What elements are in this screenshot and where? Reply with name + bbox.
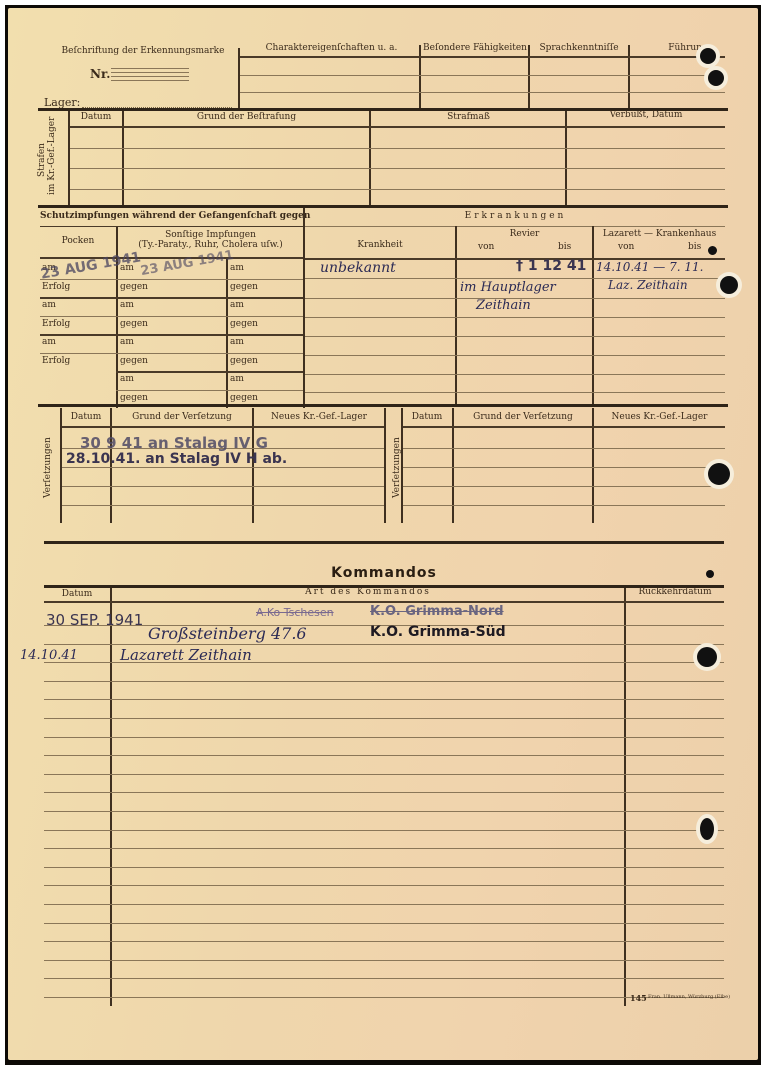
punch-hole <box>706 570 714 578</box>
impfungen-cell: gegen <box>230 319 258 329</box>
impfungen-cell: am <box>230 263 244 273</box>
revier-von-label: von <box>478 242 494 252</box>
erkrankungen-col-revier: Revier <box>457 229 592 239</box>
kommandos-col-datum: Datum <box>44 589 110 599</box>
versetzungen-left-col-datum: Datum <box>62 412 110 422</box>
form-number: 145 <box>630 993 647 1003</box>
impfungen-title: Schutzimpfungen während der Gefangenſcha… <box>40 211 302 221</box>
impfungen-cell: am <box>120 374 134 384</box>
impfungen-col-sonstige: Sonſtige Impfungen(Ty.-Paraty., Ruhr, Ch… <box>118 230 303 250</box>
strafen-col-grund: Grund der Beſtrafung <box>124 112 369 122</box>
strafen-side-label: Strafenim Kr.-Gef.-Lager <box>37 125 57 195</box>
impfungen-cell: am <box>230 337 244 347</box>
krankheit-entry: unbekannt <box>320 260 396 276</box>
kommando-row1-date: 30 SEP. 1941 <box>46 611 143 629</box>
impfungen-cell: gegen <box>230 282 258 292</box>
punch-hole <box>700 48 716 64</box>
revier-bis-date: † 1 12 41 <box>516 258 586 274</box>
printer-imprint: Fran. Ullmann, Würzburg (Elbe) <box>648 994 730 1000</box>
impfungen-cell: gegen <box>120 282 148 292</box>
nr-label: Nr. <box>90 67 110 81</box>
impfungen-cell: am <box>230 374 244 384</box>
header-col-sprachkenntnisse: Sprachkenntniſſe <box>530 43 628 53</box>
versetzung-entry-2: 28.10.41. an Stalag IV H ab. <box>66 451 287 467</box>
punch-hole <box>708 463 730 485</box>
versetzungen-left-col-grund: Grund der Verſetzung <box>112 412 252 422</box>
punch-hole <box>700 818 714 840</box>
lazarett-place: Laz. Zeithain <box>608 278 688 292</box>
strafen-col-strafmass: Strafmaß <box>371 112 566 122</box>
header-col-charakter: Charaktereigenſchaften u. a. <box>244 43 419 53</box>
erkrankungen-col-krankheit: Krankheit <box>305 240 455 250</box>
kommandos-col-art: Art des Kommandos <box>112 587 624 597</box>
impfungen-cell: am <box>230 300 244 310</box>
lazarett-von-label: von <box>618 242 634 252</box>
impfungen-cell: am <box>42 300 56 310</box>
impfungen-cell: Erfolg <box>42 319 70 329</box>
header-col-faehigkeiten: Beſondere Fähigkeiten <box>421 43 529 53</box>
revier-bis-label: bis <box>558 242 571 252</box>
versetzungen-left-col-lager: Neues Kr.-Gef.-Lager <box>254 412 384 422</box>
impfungen-col-pocken: Pocken <box>40 236 116 246</box>
impfungen-cell: gegen <box>120 319 148 329</box>
punch-hole <box>708 70 724 86</box>
versetzung-entry-1: 30 9 41 an Stalag IV G <box>80 434 268 452</box>
impfungen-cell: Erfolg <box>42 282 70 292</box>
impfungen-cell: gegen <box>120 356 148 366</box>
revier-note-line1: im Hauptlager <box>460 280 556 295</box>
punch-hole <box>708 246 717 255</box>
vaccination-date-stamp-sonstige: 23 AUG 1941 <box>139 248 234 279</box>
kommando-row1-struck-2: K.O. Grimma-Nord <box>370 604 504 619</box>
strafen-col-verbuesst: Verbüßt, Datum <box>567 110 725 120</box>
kommandos-title: Kommandos <box>44 565 724 581</box>
versetzungen-side-label-left: Verſetzungen <box>43 438 53 498</box>
kommandos-col-rueckkehr: Rückkehrdatum <box>626 587 724 597</box>
erkennungsmarke-label: Beſchriftung der Erkennungsmarke <box>48 46 238 56</box>
kommando-row1-handwritten: Großsteinberg 47.6 <box>148 624 307 643</box>
strafen-col-datum: Datum <box>70 112 122 122</box>
revier-note-line2: Zeithain <box>476 298 531 313</box>
versetzungen-right-col-grund: Grund der Verſetzung <box>454 412 592 422</box>
erkrankungen-title: Erkrankungen <box>308 211 723 221</box>
punch-hole <box>720 276 738 294</box>
kommando-row2-date: 14.10.41 <box>20 648 78 663</box>
erkrankungen-col-lazarett: Lazarett — Krankenhaus <box>594 229 725 239</box>
versetzungen-right-col-lager: Neues Kr.-Gef.-Lager <box>594 412 725 422</box>
lazarett-bis-label: bis <box>688 242 701 252</box>
versetzungen-right-col-datum: Datum <box>403 412 451 422</box>
pow-record-card-back: Beſchriftung der Erkennungsmarke Nr. Lag… <box>8 8 758 1060</box>
impfungen-cell: gegen <box>120 393 148 403</box>
lazarett-dates: 14.10.41 — 7. 11. <box>596 260 703 274</box>
impfungen-cell: gegen <box>230 356 258 366</box>
impfungen-cell: am <box>42 337 56 347</box>
document-page: Beſchriftung der Erkennungsmarke Nr. Lag… <box>5 5 761 1065</box>
impfungen-cell: gegen <box>230 393 258 403</box>
kommando-row2-text: Lazarett Zeithain <box>120 646 252 664</box>
impfungen-cell: am <box>120 300 134 310</box>
kommando-row1-stamp: K.O. Grimma-Süd <box>370 624 506 640</box>
impfungen-cell: Erfolg <box>42 356 70 366</box>
kommando-row1-struck-1: A.Ko Tschesen <box>256 606 334 619</box>
header-col-fuehrung: Führung <box>638 43 738 53</box>
punch-hole <box>697 647 717 667</box>
impfungen-cell: am <box>120 337 134 347</box>
